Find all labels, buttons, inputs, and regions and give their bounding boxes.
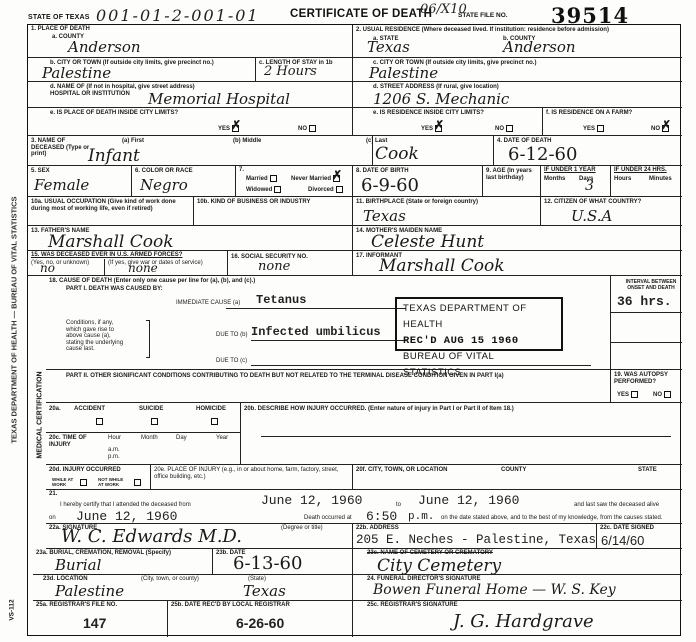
physician-signature-value: W. C. Edwards M.D. — [61, 526, 242, 547]
place-of-injury-cell: 20e. PLACE OF INJURY (e.g., in or about … — [151, 465, 353, 490]
stamp-line-3: BUREAU OF VITAL STATISTICS — [403, 349, 555, 381]
street-value: 1206 S. Mechanic — [373, 90, 509, 108]
certificate-form: 1. PLACE OF DEATH a. COUNTY Anderson 2. … — [27, 24, 681, 636]
birthplace-value: Texas — [363, 207, 406, 225]
marital-label: 7. — [239, 167, 244, 174]
bracket — [146, 320, 150, 358]
homicide-label: HOMICIDE — [196, 406, 226, 413]
handwritten-number: 001-01-2-001-01 — [96, 6, 260, 25]
death-occurred-at-label: Death occurred at — [304, 515, 352, 522]
not-while-at-work-label: NOT WHILE AT WORK — [98, 478, 128, 488]
immediate-cause-value: Tetanus — [256, 293, 306, 307]
informant-value: Marshall Cook — [379, 256, 505, 276]
pod-inside-city-cell: e. IS PLACE OF DEATH INSIDE CITY LIMITS?… — [28, 108, 353, 136]
address-label: 22b. ADDRESS — [356, 525, 399, 532]
stay-value: 2 Hours — [264, 64, 317, 79]
location-city-label: (City, town, or county) — [141, 576, 199, 583]
never-married-option[interactable]: Never Married — [291, 175, 340, 183]
knowledge-text: on the date stated above, and to the bes… — [441, 515, 662, 522]
citizen-value: U.S.A — [571, 207, 612, 225]
date-signed-label: 22c. DATE SIGNED — [600, 525, 654, 532]
pod-city-value: Palestine — [42, 64, 111, 82]
cemetery-cell: 23c. NAME OF CEMETERY OR CREMATORY City … — [353, 549, 682, 575]
checkbox-icon[interactable] — [506, 125, 513, 132]
marital-status-cell: 7. Married Never Married Widowed Divorce… — [236, 166, 353, 197]
physician-signature-cell: 22a. SIGNATURE (Degree or title) W. C. E… — [46, 524, 353, 549]
state-label: STATE OF TEXAS — [28, 14, 90, 21]
informant-cell: 17. INFORMANT Marshall Cook — [353, 251, 682, 276]
place-of-injury-label: 20e. PLACE OF INJURY (e.g., in or about … — [154, 467, 350, 480]
attended-to-value: June 12, 1960 — [418, 493, 519, 508]
minutes-label: Minutes — [649, 176, 672, 183]
cause-label: 18. CAUSE OF DEATH (Enter only one cause… — [49, 278, 255, 285]
am-pm-label: a.m. p.m. — [108, 447, 128, 460]
interval-value: 36 hrs. — [617, 294, 672, 309]
farm-yes[interactable]: YES — [583, 125, 604, 133]
res-county-value: Anderson — [503, 38, 576, 56]
while-at-work-label: WHILE AT WORK — [52, 478, 76, 488]
due-to-c-label: DUE TO (c) — [216, 358, 247, 365]
location-city-value: Palestine — [55, 582, 124, 600]
mother-value: Celeste Hunt — [371, 232, 484, 252]
sex-cell: 5. SEX Female — [28, 166, 132, 197]
registrar-signature-value: J. G. Hardgrave — [453, 611, 594, 632]
place-of-death-label: 1. PLACE OF DEATH — [31, 26, 90, 33]
first-name-value: Infant — [88, 146, 140, 166]
age-label: 9. AGE (In years last birthday) — [486, 168, 540, 181]
date-received-label: 25b. DATE REC'D BY LOCAL REGISTRAR — [171, 602, 290, 609]
date-received-value: 6-26-60 — [236, 615, 284, 631]
res-farm-cell: f. IS RESIDENCE ON A FARM? YES NO — [543, 108, 682, 136]
registrar-file-label: 25a. REGISTRAR'S FILE NO. — [36, 602, 117, 609]
checkbox-icon[interactable] — [664, 391, 671, 398]
year-label: Year — [216, 435, 228, 442]
checkbox-icon[interactable] — [274, 186, 281, 193]
address-value: 205 E. Neches - Palestine, Texas — [356, 533, 596, 547]
under-24-hrs-cell: IF UNDER 24 HRS. Hours Minutes — [611, 166, 682, 197]
injury-state-label: STATE — [638, 467, 657, 474]
not-while-at-work-checkbox[interactable] — [134, 479, 141, 486]
checkbox-icon[interactable] — [435, 125, 442, 132]
autopsy-label: 19. WAS AUTOPSY PERFORMED? — [614, 372, 680, 385]
autopsy-cell: 19. WAS AUTOPSY PERFORMED? YES NO — [611, 370, 682, 403]
accident-checkbox[interactable] — [96, 418, 103, 425]
pod-city-cell: b. CITY OR TOWN (If outside city limits,… — [28, 58, 256, 82]
injury-county-label: COUNTY — [501, 467, 526, 474]
race-value: Negro — [140, 176, 188, 194]
hours-label: Hours — [614, 176, 631, 183]
checkbox-icon[interactable] — [597, 125, 604, 132]
checkbox-icon[interactable] — [309, 125, 316, 132]
mother-cell: 14. MOTHER'S MAIDEN NAME Celeste Hunt — [353, 226, 682, 251]
time-of-injury-cell: 20c. TIME OF INJURY Hour Month Day Year … — [46, 433, 241, 465]
interval-label: INTERVAL BETWEEN ONSET AND DEATH — [621, 280, 681, 291]
physician-address-cell: 22b. ADDRESS 205 E. Neches - Palestine, … — [353, 524, 597, 549]
autopsy-no[interactable]: NO — [653, 391, 671, 399]
checkbox-icon[interactable] — [662, 125, 669, 132]
day-label: Day — [176, 435, 187, 442]
stamp-line-1: TEXAS DEPARTMENT OF HEALTH — [403, 301, 555, 333]
married-option[interactable]: Married — [246, 175, 277, 183]
place-of-death-county-cell: 1. PLACE OF DEATH a. COUNTY Anderson — [28, 25, 353, 58]
pm-value: p.m. — [408, 511, 434, 523]
dob-value: 6-9-60 — [361, 175, 419, 196]
disposition-cell: 23a. BURIAL, CREMATION, REMOVAL (Specify… — [33, 549, 213, 575]
manner-cell: 20a. ACCIDENT SUICIDE HOMICIDE — [46, 403, 241, 433]
certify-text: I hereby certify that I attended the dec… — [60, 502, 191, 509]
part1-label: PART I. DEATH WAS CAUSED BY: — [66, 286, 163, 293]
while-at-work-checkbox[interactable] — [80, 479, 87, 486]
disposition-value: Burial — [55, 556, 101, 574]
registrar-signature-cell: 25c. REGISTRAR'S SIGNATURE J. G. Hardgra… — [353, 601, 682, 637]
checkbox-icon[interactable] — [336, 186, 343, 193]
middle-name-label: (b) Middle — [233, 138, 261, 145]
checkbox-icon[interactable] — [270, 175, 277, 182]
under-1-year-label: IF UNDER 1 YEAR — [544, 167, 596, 174]
checkbox-icon[interactable] — [232, 125, 239, 132]
business-cell: 10b. KIND OF BUSINESS OR INDUSTRY — [194, 197, 353, 226]
armed-forces-cell: 15. WAS DECEASED EVER IN U.S. ARMED FORC… — [28, 251, 228, 276]
divider — [104, 259, 105, 275]
first-name-label: (a) First — [122, 138, 144, 145]
armed-sub1-value: no — [40, 261, 55, 275]
under-1-year-cell: IF UNDER 1 YEAR Months Days 3 — [541, 166, 611, 197]
location-state-value: Texas — [243, 582, 286, 600]
injury-occurred-label: 20d. INJURY OCCURRED — [49, 467, 121, 474]
due-to-b-value: Infected umbilicus — [251, 325, 381, 339]
business-label: 10b. KIND OF BUSINESS OR INDUSTRY — [197, 199, 310, 206]
days-value: 3 — [585, 178, 594, 194]
occupation-label: 10a. USUAL OCCUPATION (Give kind of work… — [31, 199, 195, 212]
funeral-director-cell: 24. FUNERAL DIRECTOR'S SIGNATURE Bowen F… — [353, 575, 682, 601]
autopsy-yes[interactable]: YES — [617, 391, 638, 399]
race-cell: 6. COLOR OR RACE Negro — [132, 166, 236, 197]
registrar-file-cell: 25a. REGISTRAR'S FILE NO. 147 — [33, 601, 168, 637]
armed-sub2-value: none — [128, 261, 158, 275]
father-value: Marshall Cook — [48, 232, 174, 252]
received-stamp: TEXAS DEPARTMENT OF HEALTH REC'D AUG 15 … — [395, 297, 563, 351]
date-signed-value: 6/14/60 — [601, 533, 644, 548]
res-inside-city-label: e. IS RESIDENCE INSIDE CITY LIMITS? — [373, 110, 484, 117]
residence-state-county-cell: 2. USUAL RESIDENCE (Where deceased lived… — [353, 25, 682, 58]
describe-injury-label: 20b. DESCRIBE HOW INJURY OCCURRED. (Ente… — [244, 406, 514, 413]
res-inside-yes[interactable]: YES — [421, 125, 442, 133]
months-label: Months — [544, 176, 565, 183]
month-label: Month — [141, 435, 158, 442]
hospital-cell: d. NAME OF (If not in hospital, give str… — [28, 82, 353, 108]
res-city-cell: c. CITY OR TOWN (If outside city limits,… — [353, 58, 682, 82]
accident-label: ACCIDENT — [74, 406, 105, 413]
hospital-value: Memorial Hospital — [148, 90, 290, 108]
interval-cell: INTERVAL BETWEEN ONSET AND DEATH 36 hrs. — [611, 276, 682, 370]
form-id-label: VS-112 — [4, 580, 20, 640]
attended-from-value: June 12, 1960 — [261, 493, 362, 508]
res-inside-no[interactable]: NO — [495, 125, 513, 133]
injury-occurred-cell: 20d. INJURY OCCURRED WHILE AT WORK NOT W… — [46, 465, 151, 490]
state-file-label: STATE FILE NO. — [458, 12, 508, 19]
date-signed-cell: 22c. DATE SIGNED 6/14/60 — [597, 524, 682, 549]
pod-inside-no[interactable]: NO — [298, 125, 316, 133]
suicide-label: SUICIDE — [139, 406, 163, 413]
race-label: 6. COLOR OR RACE — [135, 168, 193, 175]
dob-label: 8. DATE OF BIRTH — [356, 168, 409, 175]
divorced-option[interactable]: Divorced — [308, 186, 343, 194]
certificate-title: CERTIFICATE OF DEATH — [290, 8, 432, 20]
cemetery-value: City Cemetery — [377, 556, 501, 576]
describe-injury-cell: 20b. DESCRIBE HOW INJURY OCCURRED. (Ente… — [241, 403, 682, 465]
name-label: 3. NAME OF DECEASED (Type or print) — [31, 138, 91, 158]
checkbox-icon[interactable] — [333, 175, 340, 182]
under-24-hrs-label: IF UNDER 24 HRS. — [614, 167, 667, 174]
last-name-value: Cook — [375, 144, 419, 164]
date-received-cell: 25b. DATE REC'D BY LOCAL REGISTRAR 6-26-… — [168, 601, 353, 637]
residence-label: 2. USUAL RESIDENCE (Where deceased lived… — [356, 27, 609, 34]
length-of-stay-cell: c. LENGTH OF STAY in 1b 2 Hours — [256, 58, 353, 82]
hour-label: Hour — [108, 435, 121, 442]
to-label: to — [396, 502, 401, 509]
degree-label: (Degree or title) — [281, 525, 323, 532]
res-city-value: Palestine — [369, 64, 438, 82]
deceased-name-cell: 3. NAME OF DECEASED (Type or print) (a) … — [28, 136, 373, 166]
on-label: on — [49, 515, 56, 522]
agency-side-label: TEXAS DEPARTMENT OF HEALTH — BUREAU OF V… — [4, 110, 24, 530]
stamp-line-2: REC'D AUG 15 1960 — [403, 333, 555, 349]
dod-value: 6-12-60 — [508, 144, 577, 165]
burial-date-cell: 23b. DATE 6-13-60 — [213, 549, 353, 575]
citizen-label: 12. CITIZEN OF WHAT COUNTRY? — [544, 199, 641, 206]
res-inside-city-cell: e. IS RESIDENCE INSIDE CITY LIMITS? YES … — [353, 108, 543, 136]
last-saw-text: and last saw the deceased alive — [574, 502, 659, 509]
ssn-value: none — [258, 259, 290, 274]
homicide-checkbox[interactable] — [211, 418, 218, 425]
funeral-director-value: Bowen Funeral Home — W. S. Key — [373, 582, 616, 598]
condition-note: Conditions, if any, which gave rise to a… — [66, 320, 126, 353]
last-name-cell: Cook — [353, 136, 493, 166]
pod-county-value: Anderson — [68, 38, 141, 56]
occupation-cell: 10a. USUAL OCCUPATION (Give kind of work… — [28, 197, 194, 226]
attendance-certification-cell: 21. I hereby certify that I attended the… — [46, 490, 682, 524]
time-of-injury-label: 20c. TIME OF INJURY — [49, 435, 89, 448]
injury-location-cell: 20f. CITY, TOWN, OR LOCATION COUNTY STAT… — [353, 465, 682, 490]
last-saw-date-value: June 12, 1960 — [76, 509, 177, 524]
res-state-value: Texas — [367, 38, 410, 56]
checkbox-icon[interactable] — [631, 391, 638, 398]
citizen-cell: 12. CITIZEN OF WHAT COUNTRY? U.S.A — [541, 197, 682, 226]
pod-inside-yes[interactable]: YES — [218, 125, 239, 133]
farm-label: f. IS RESIDENCE ON A FARM? — [546, 110, 632, 117]
birthplace-cell: 11. BIRTHPLACE (State or foreign country… — [353, 197, 541, 226]
burial-date-value: 6-13-60 — [233, 553, 302, 574]
burial-location-cell: 23d. LOCATION (City, town, or county) (S… — [33, 575, 353, 601]
widowed-option[interactable]: Widowed — [246, 186, 281, 194]
birthplace-label: 11. BIRTHPLACE (State or foreign country… — [356, 199, 478, 206]
registrar-file-value: 147 — [83, 615, 106, 631]
date-of-death-cell: 4. DATE OF DEATH 6-12-60 — [493, 136, 682, 166]
20a-label: 20a. — [49, 406, 61, 413]
21-label: 21. — [49, 491, 57, 498]
date-of-birth-cell: 8. DATE OF BIRTH 6-9-60 — [353, 166, 483, 197]
registrar-signature-label: 25c. REGISTRAR'S SIGNATURE — [367, 602, 458, 609]
sex-label: 5. SEX — [31, 168, 50, 175]
sex-value: Female — [34, 176, 89, 194]
due-to-b-label: DUE TO (b) — [216, 332, 247, 339]
death-certificate: STATE OF TEXAS 001-01-2-001-01 CERTIFICA… — [0, 0, 696, 642]
injury-city-label: 20f. CITY, TOWN, OR LOCATION — [356, 467, 447, 474]
suicide-checkbox[interactable] — [151, 418, 158, 425]
ssn-cell: 16. SOCIAL SECURITY NO. none — [228, 251, 353, 276]
immediate-cause-label: IMMEDIATE CAUSE (a) — [176, 300, 240, 307]
age-cell: 9. AGE (In years last birthday) — [483, 166, 541, 197]
street-address-cell: d. STREET ADDRESS (If rural, give locati… — [353, 82, 682, 108]
father-cell: 13. FATHER'S NAME Marshall Cook — [28, 226, 353, 251]
death-time-value: 6:50 — [366, 509, 397, 524]
pod-inside-city-label: e. IS PLACE OF DEATH INSIDE CITY LIMITS? — [50, 110, 178, 117]
armed-forces-label: 15. WAS DECEASED EVER IN U.S. ARMED FORC… — [31, 252, 182, 259]
farm-no[interactable]: NO — [651, 125, 669, 133]
